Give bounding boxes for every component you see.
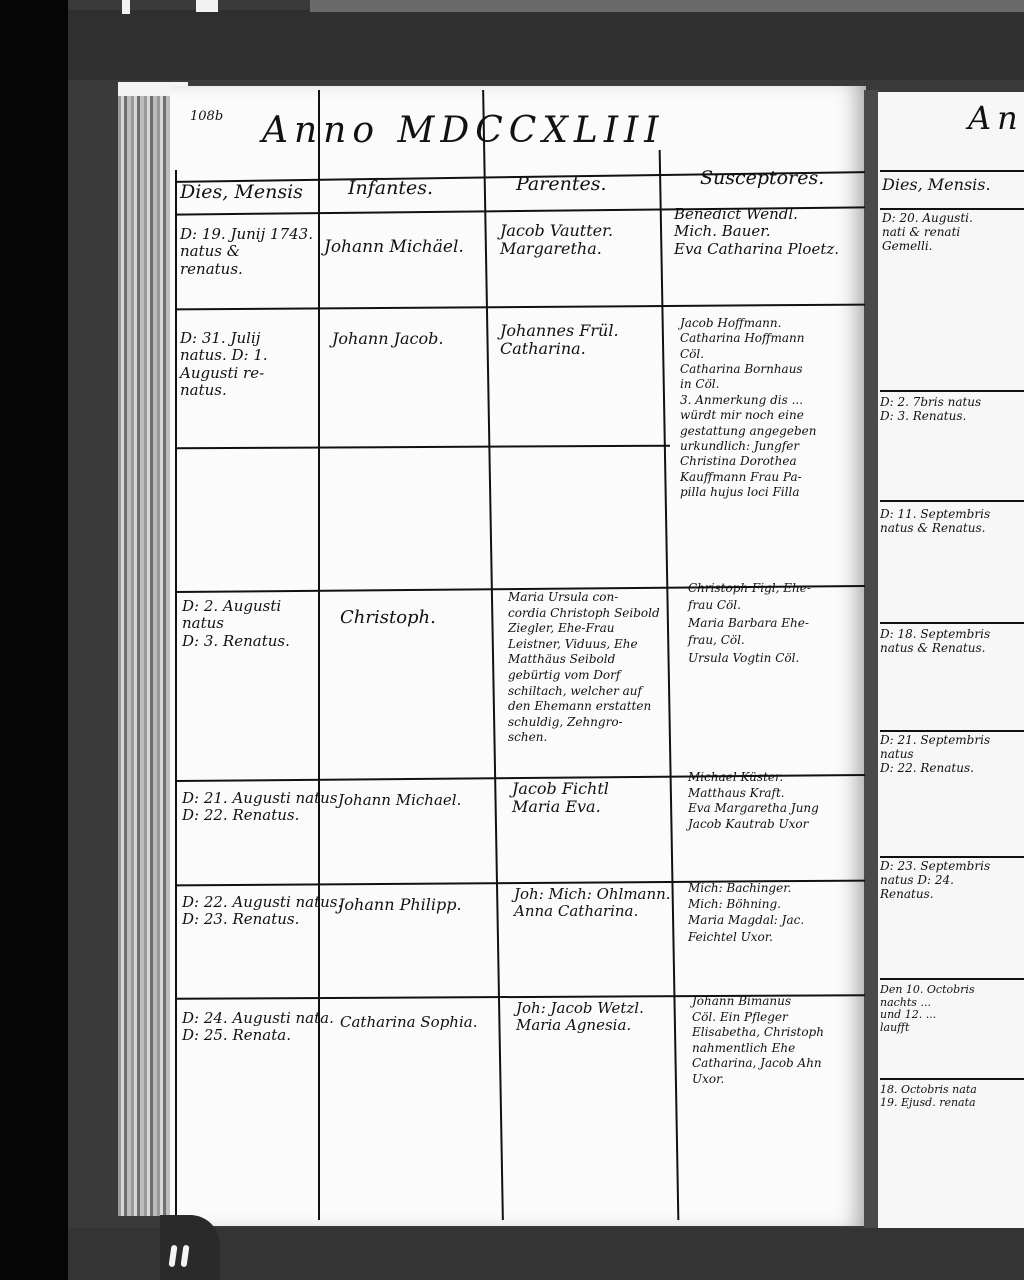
entry-date: D: 21. Augusti natus D: 22. Renatus. — [182, 790, 338, 825]
row-divider — [880, 500, 1024, 502]
row-divider — [880, 208, 1024, 210]
entry-sponsors: Mich: Bachinger. Mich: Böhning. Maria Ma… — [688, 880, 804, 945]
row-divider — [880, 622, 1024, 624]
adjacent-title-fragment: An — [968, 100, 1024, 137]
adjacent-entry: D: 23. Septembris natus D: 24. Renatus. — [880, 860, 990, 901]
entry-date: D: 19. Junij 1743. natus & renatus. — [180, 226, 313, 278]
film-edge — [0, 0, 68, 1280]
book-spine — [118, 96, 176, 1216]
film-sprocket — [122, 0, 130, 14]
adjacent-entry: D: 18. Septembris natus & Renatus. — [880, 628, 990, 656]
entry-parents: Johannes Frül. Catharina. — [500, 322, 619, 359]
row-divider — [880, 978, 1024, 980]
entry-date: D: 24. Augusti nata. D: 25. Renata. — [182, 1010, 334, 1045]
adjacent-page — [878, 92, 1024, 1232]
entry-parents: Jacob Vautter. Margaretha. — [500, 222, 613, 259]
adjacent-entry: D: 11. Septembris natus & Renatus. — [880, 508, 990, 536]
column-header-parents: Parentes. — [516, 174, 607, 196]
adjacent-entry: D: 21. Septembris natus D: 22. Renatus. — [880, 734, 990, 775]
row-divider — [880, 170, 1024, 172]
year-title: Anno MDCCXLIII — [262, 110, 665, 151]
entry-date: D: 22. Augusti natus. D: 23. Renatus. — [182, 894, 342, 929]
entry-infant: Catharina Sophia. — [340, 1014, 477, 1031]
book-gutter — [864, 90, 878, 1240]
row-divider — [880, 390, 1024, 392]
scanner-top-band — [68, 10, 1024, 80]
film-sprocket — [196, 0, 218, 12]
book-top-edge — [310, 0, 1024, 12]
adjacent-column-header: Dies, Mensis. — [882, 176, 991, 194]
entry-parents: Jacob Fichtl Maria Eva. — [512, 780, 609, 817]
column-header-date: Dies, Mensis — [180, 182, 303, 204]
entry-sponsors: Jacob Hoffmann. Catharina Hoffmann Cöl. … — [680, 316, 816, 500]
row-divider — [880, 730, 1024, 732]
entry-sponsors: Johann Bimanus Cöl. Ein Pfleger Elisabet… — [692, 994, 824, 1088]
row-divider — [880, 856, 1024, 858]
adjacent-entry: Den 10. Octobris nachts ... und 12. ... … — [880, 984, 975, 1035]
column-divider — [175, 170, 177, 1220]
adjacent-entry: 18. Octobris nata 19. Ejusd. renata — [880, 1084, 977, 1109]
entry-sponsors: Michael Küster. Matthaus Kraft. Eva Marg… — [688, 770, 819, 832]
entry-infant: Christoph. — [340, 608, 436, 629]
entry-parents: Joh: Mich: Ohlmann. Anna Catharina. — [514, 886, 671, 921]
entry-infant: Johann Michael. — [338, 792, 461, 809]
entry-infant: Johann Michäel. — [324, 238, 464, 258]
column-header-infants: Infantes. — [348, 178, 433, 200]
entry-sponsors: Benedict Wendl. Mich. Bauer. Eva Cathari… — [674, 206, 839, 258]
entry-sponsors: Christoph Figl, Ehe- frau Cöl. Maria Bar… — [688, 580, 811, 667]
entry-parents: Maria Ursula con- cordia Christoph Seibo… — [508, 590, 660, 746]
column-header-sponsors: Susceptores. — [700, 168, 824, 190]
adjacent-entry: D: 2. 7bris natus D: 3. Renatus. — [880, 396, 981, 424]
entry-infant: Johann Jacob. — [332, 330, 443, 348]
folio-number: 108b — [190, 110, 223, 125]
entry-date: D: 31. Julij natus. D: 1. Augusti re- na… — [180, 330, 268, 399]
entry-infant: Johann Philipp. — [338, 896, 462, 914]
column-divider — [318, 90, 320, 1220]
entry-parents: Joh: Jacob Wetzl. Maria Agnesia. — [516, 1000, 644, 1035]
adjacent-entry: D: 20. Augusti. nati & renati Gemelli. — [882, 212, 973, 253]
page-clip — [160, 1215, 220, 1280]
row-divider — [880, 1078, 1024, 1080]
entry-date: D: 2. Augusti natus D: 3. Renatus. — [182, 598, 290, 650]
